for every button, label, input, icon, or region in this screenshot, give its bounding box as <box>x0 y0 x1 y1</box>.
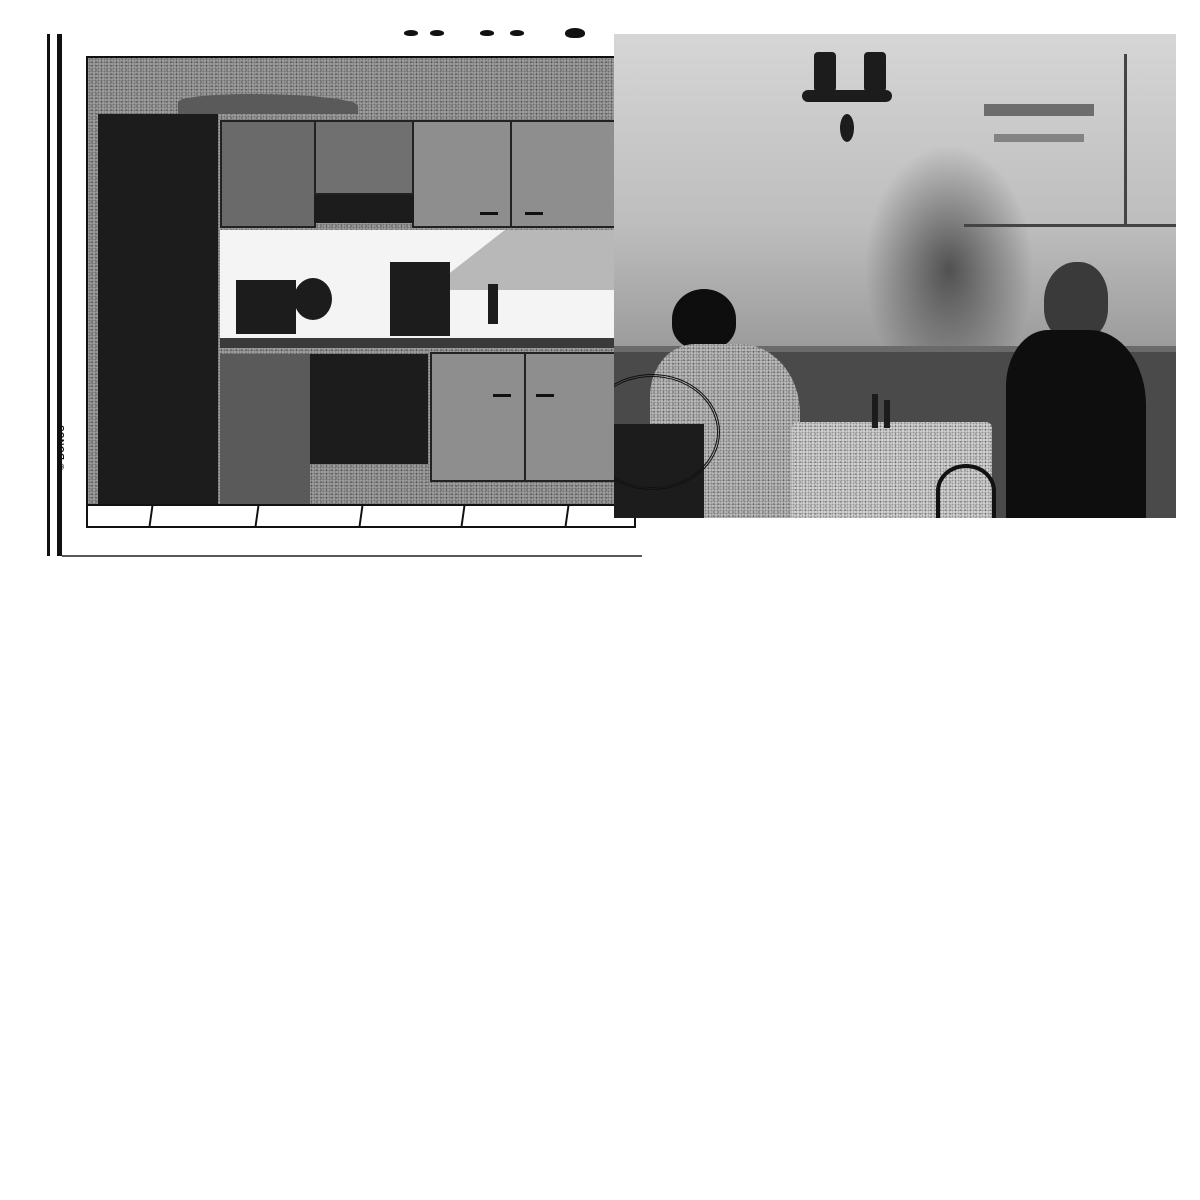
man-seated <box>1044 262 1108 340</box>
oven <box>310 354 428 464</box>
bottom-rule <box>62 555 642 557</box>
column-rule-inner <box>57 34 62 556</box>
photo-caption-strip <box>88 504 634 526</box>
photo-credit: © BONUS <box>56 425 66 470</box>
kitchen-photo <box>86 56 636 528</box>
woman-seated <box>672 289 736 349</box>
wall-cabinets <box>220 120 620 230</box>
pantry-cabinet <box>98 114 218 504</box>
countertop-items <box>236 280 296 334</box>
headline-fragment <box>400 28 600 38</box>
column-rule-outer <box>47 34 50 556</box>
base-cabinet-left <box>430 352 526 482</box>
wall-notice <box>964 54 1127 227</box>
base-cabinet-right <box>524 352 620 482</box>
cafe-photo <box>614 34 1176 518</box>
wall-lamp <box>802 44 902 154</box>
